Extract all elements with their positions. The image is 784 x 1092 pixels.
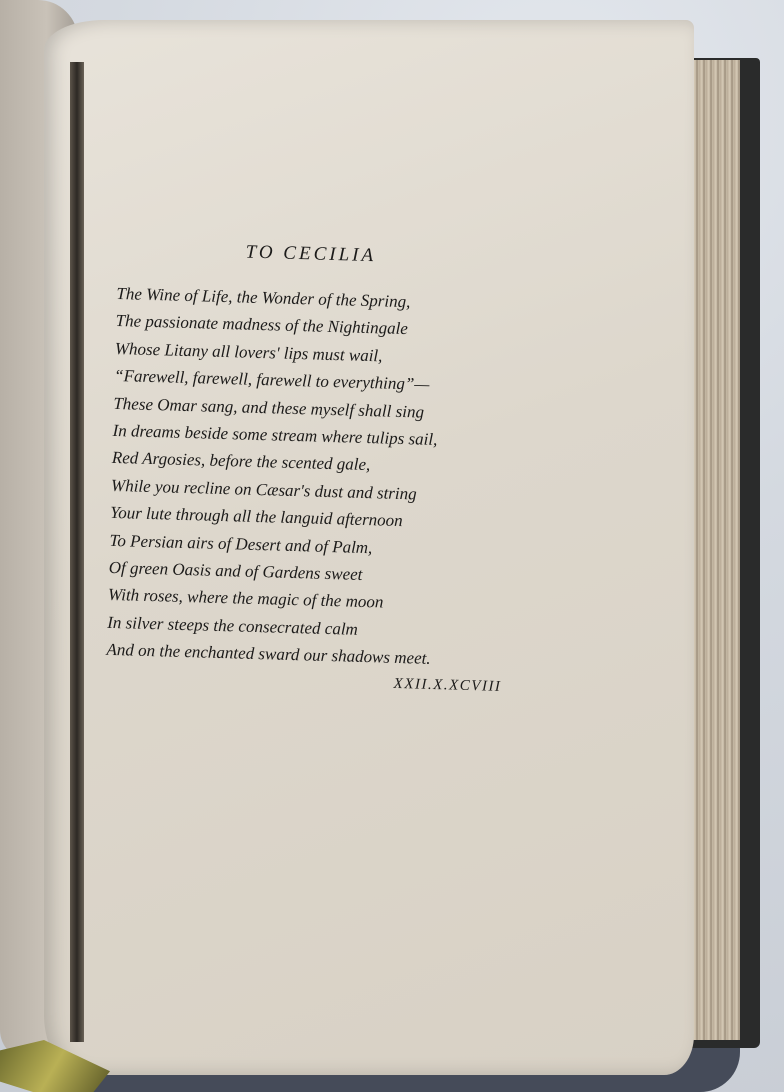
poem: TO CECILIA The Wine of Life, the Wonder … <box>106 238 558 697</box>
book-gutter <box>70 62 84 1042</box>
